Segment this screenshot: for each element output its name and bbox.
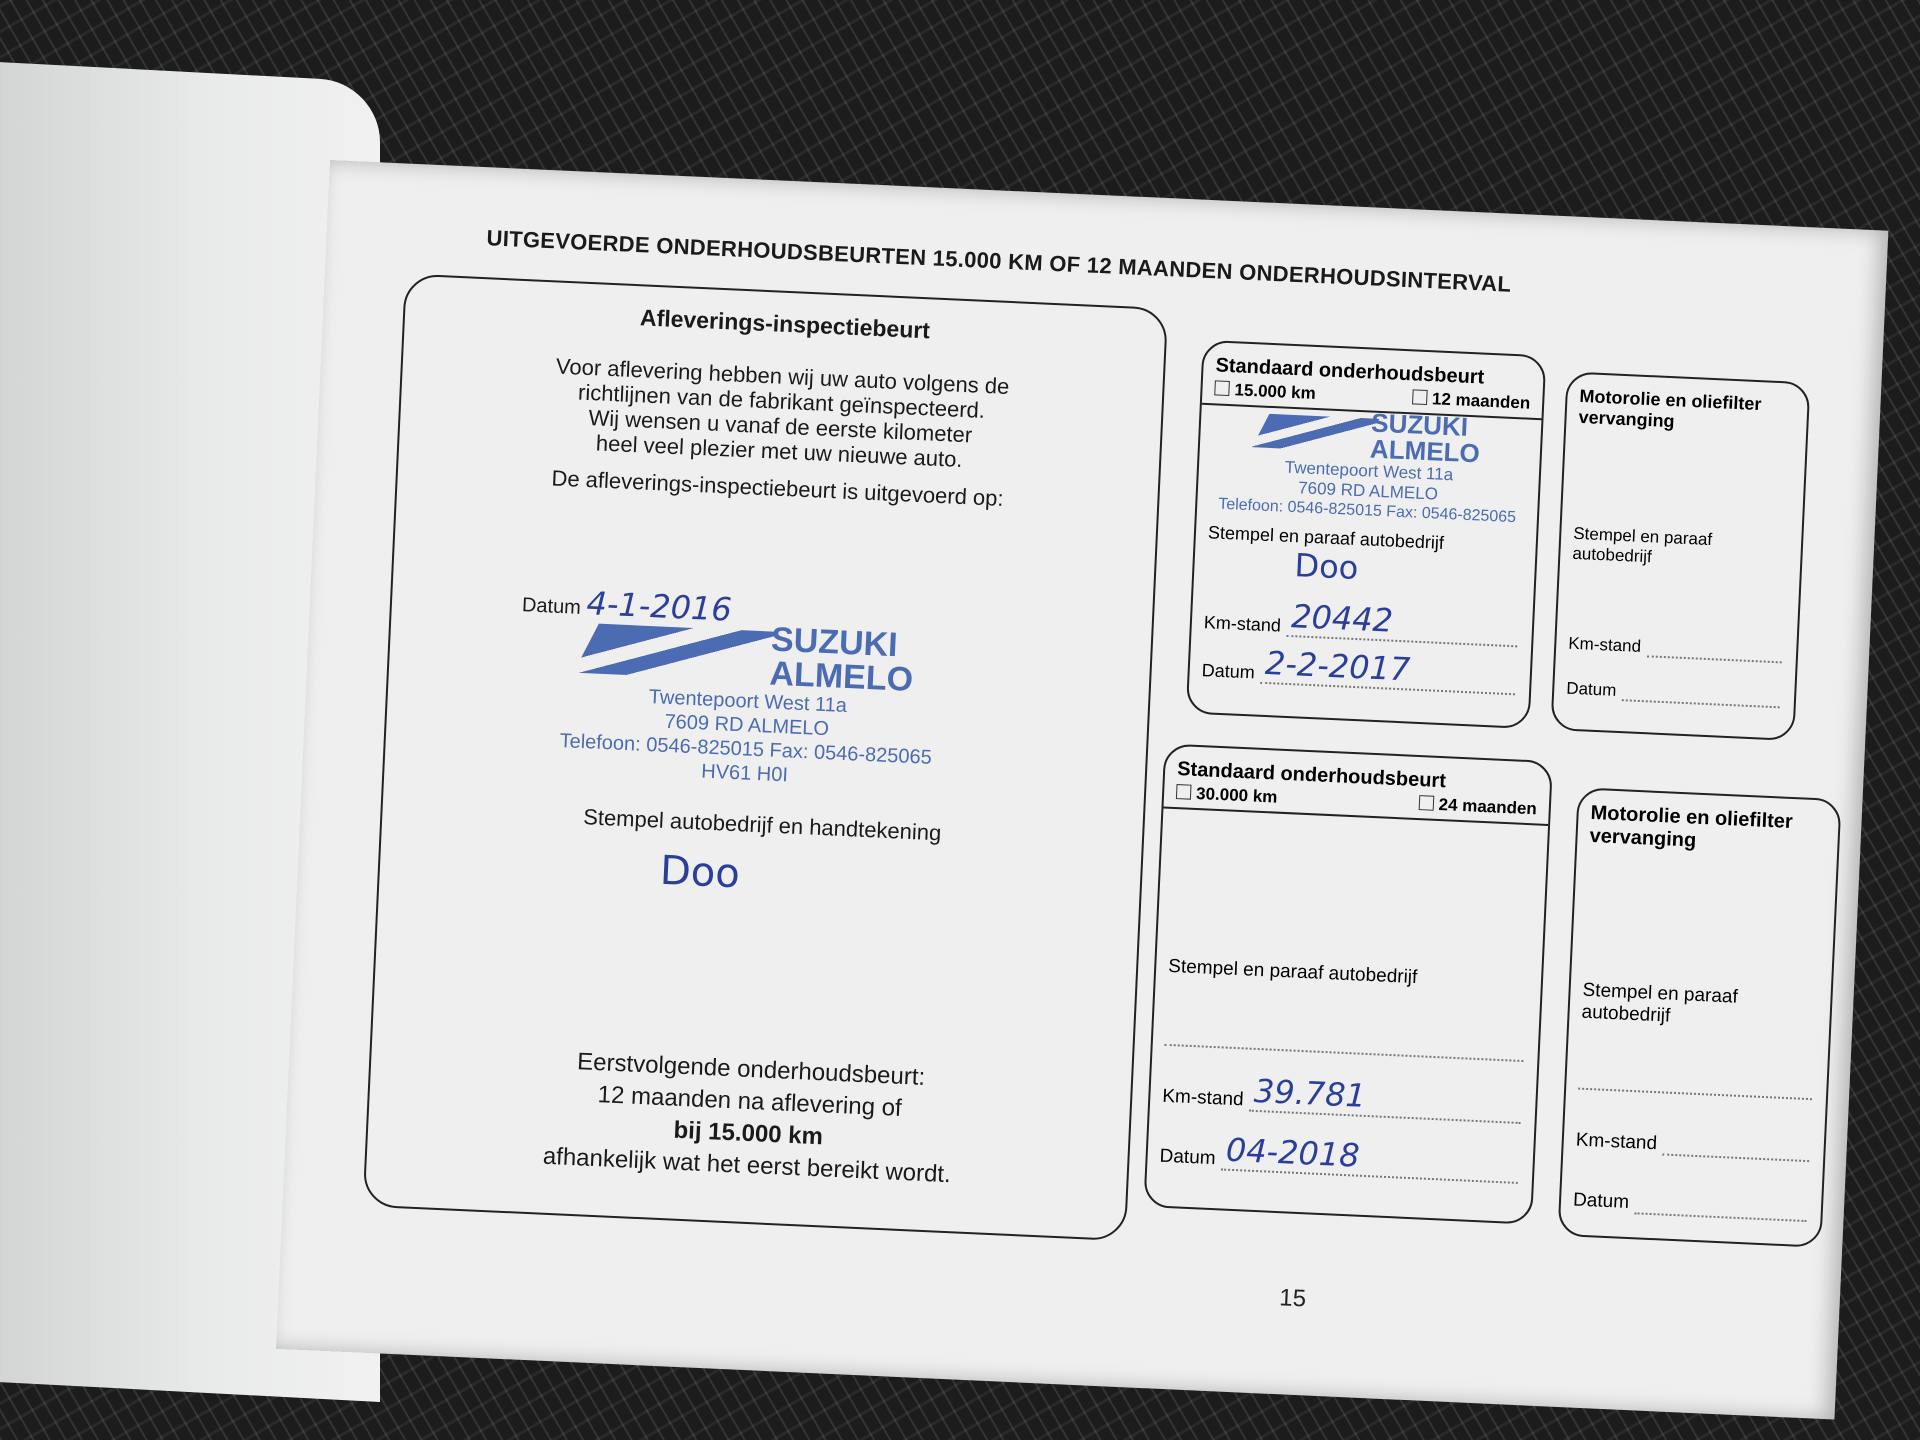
next-service-info: Eerstvolgende onderhoudsbeurt: 12 maande…	[366, 1037, 1131, 1199]
stamp-label: Stempel en paraaf autobedrijf	[1572, 524, 1774, 573]
signature: Doo	[1294, 546, 1359, 587]
stamp-label: Stempel autobedrijf en handtekening	[382, 795, 1142, 855]
checkbox-km[interactable]	[1214, 380, 1230, 396]
service-box-15000: Standaard onderhoudsbeurt 15.000 km12 ma…	[1186, 340, 1547, 729]
service-title: Motorolie en oliefilter vervanging	[1577, 789, 1839, 859]
suzuki-logo-icon	[573, 624, 778, 681]
option-months: 24 maanden	[1438, 795, 1537, 818]
page-number: 15	[1279, 1284, 1307, 1313]
km-value: 20442	[1290, 597, 1393, 640]
checkbox-km[interactable]	[1176, 784, 1192, 800]
km-label: Km-stand	[1162, 1086, 1244, 1112]
service-box-30000: Standaard onderhoudsbeurt 30.000 km24 ma…	[1143, 743, 1553, 1224]
oil-change-box-2: Motorolie en oliefilter vervanging Stemp…	[1557, 787, 1841, 1248]
km-label: Km-stand	[1203, 612, 1281, 636]
datum-label: Datum	[1573, 1189, 1630, 1214]
booklet-page: UITGEVOERDE ONDERHOUDSBEURTEN 15.000 KM …	[276, 160, 1888, 1420]
km-label: Km-stand	[1575, 1130, 1657, 1156]
datum-value: 04-2018	[1225, 1131, 1360, 1175]
stamp-label: Stempel en paraaf autobedrijf	[1168, 956, 1418, 989]
datum-value: 2-2-2017	[1264, 644, 1411, 689]
delivery-inspection-box: Afleverings-inspectiebeurt Voor afleveri…	[363, 274, 1169, 1242]
delivery-title: Afleverings-inspectiebeurt	[405, 294, 1165, 355]
service-title: Motorolie en oliefilter vervanging	[1566, 373, 1808, 438]
datum-label: Datum	[1159, 1146, 1216, 1171]
oil-change-box-1: Motorolie en oliefilter vervanging Stemp…	[1550, 371, 1810, 741]
stamp-label: Stempel en paraaf autobedrijf	[1581, 980, 1803, 1034]
km-label: Km-stand	[1568, 634, 1642, 657]
option-km: 30.000 km	[1196, 784, 1278, 807]
delivery-body: Voor aflevering hebben wij uw auto volge…	[399, 347, 1163, 481]
checkbox-months[interactable]	[1412, 389, 1428, 405]
km-value: 39.781	[1253, 1072, 1367, 1115]
dealer-stamp: SUZUKIALMELO Twentepoort West 11a 7609 R…	[534, 612, 961, 795]
datum-label: Datum	[1566, 679, 1617, 701]
option-months: 12 maanden	[1432, 389, 1531, 412]
datum-label: Datum	[1201, 660, 1255, 683]
dealer-stamp: SUZUKIALMELO Twentepoort West 11a 7609 R…	[1197, 402, 1542, 529]
option-km: 15.000 km	[1234, 380, 1316, 403]
suzuki-logo-icon	[1252, 414, 1379, 452]
checkbox-months[interactable]	[1418, 795, 1434, 811]
signature: Doo	[659, 848, 741, 898]
